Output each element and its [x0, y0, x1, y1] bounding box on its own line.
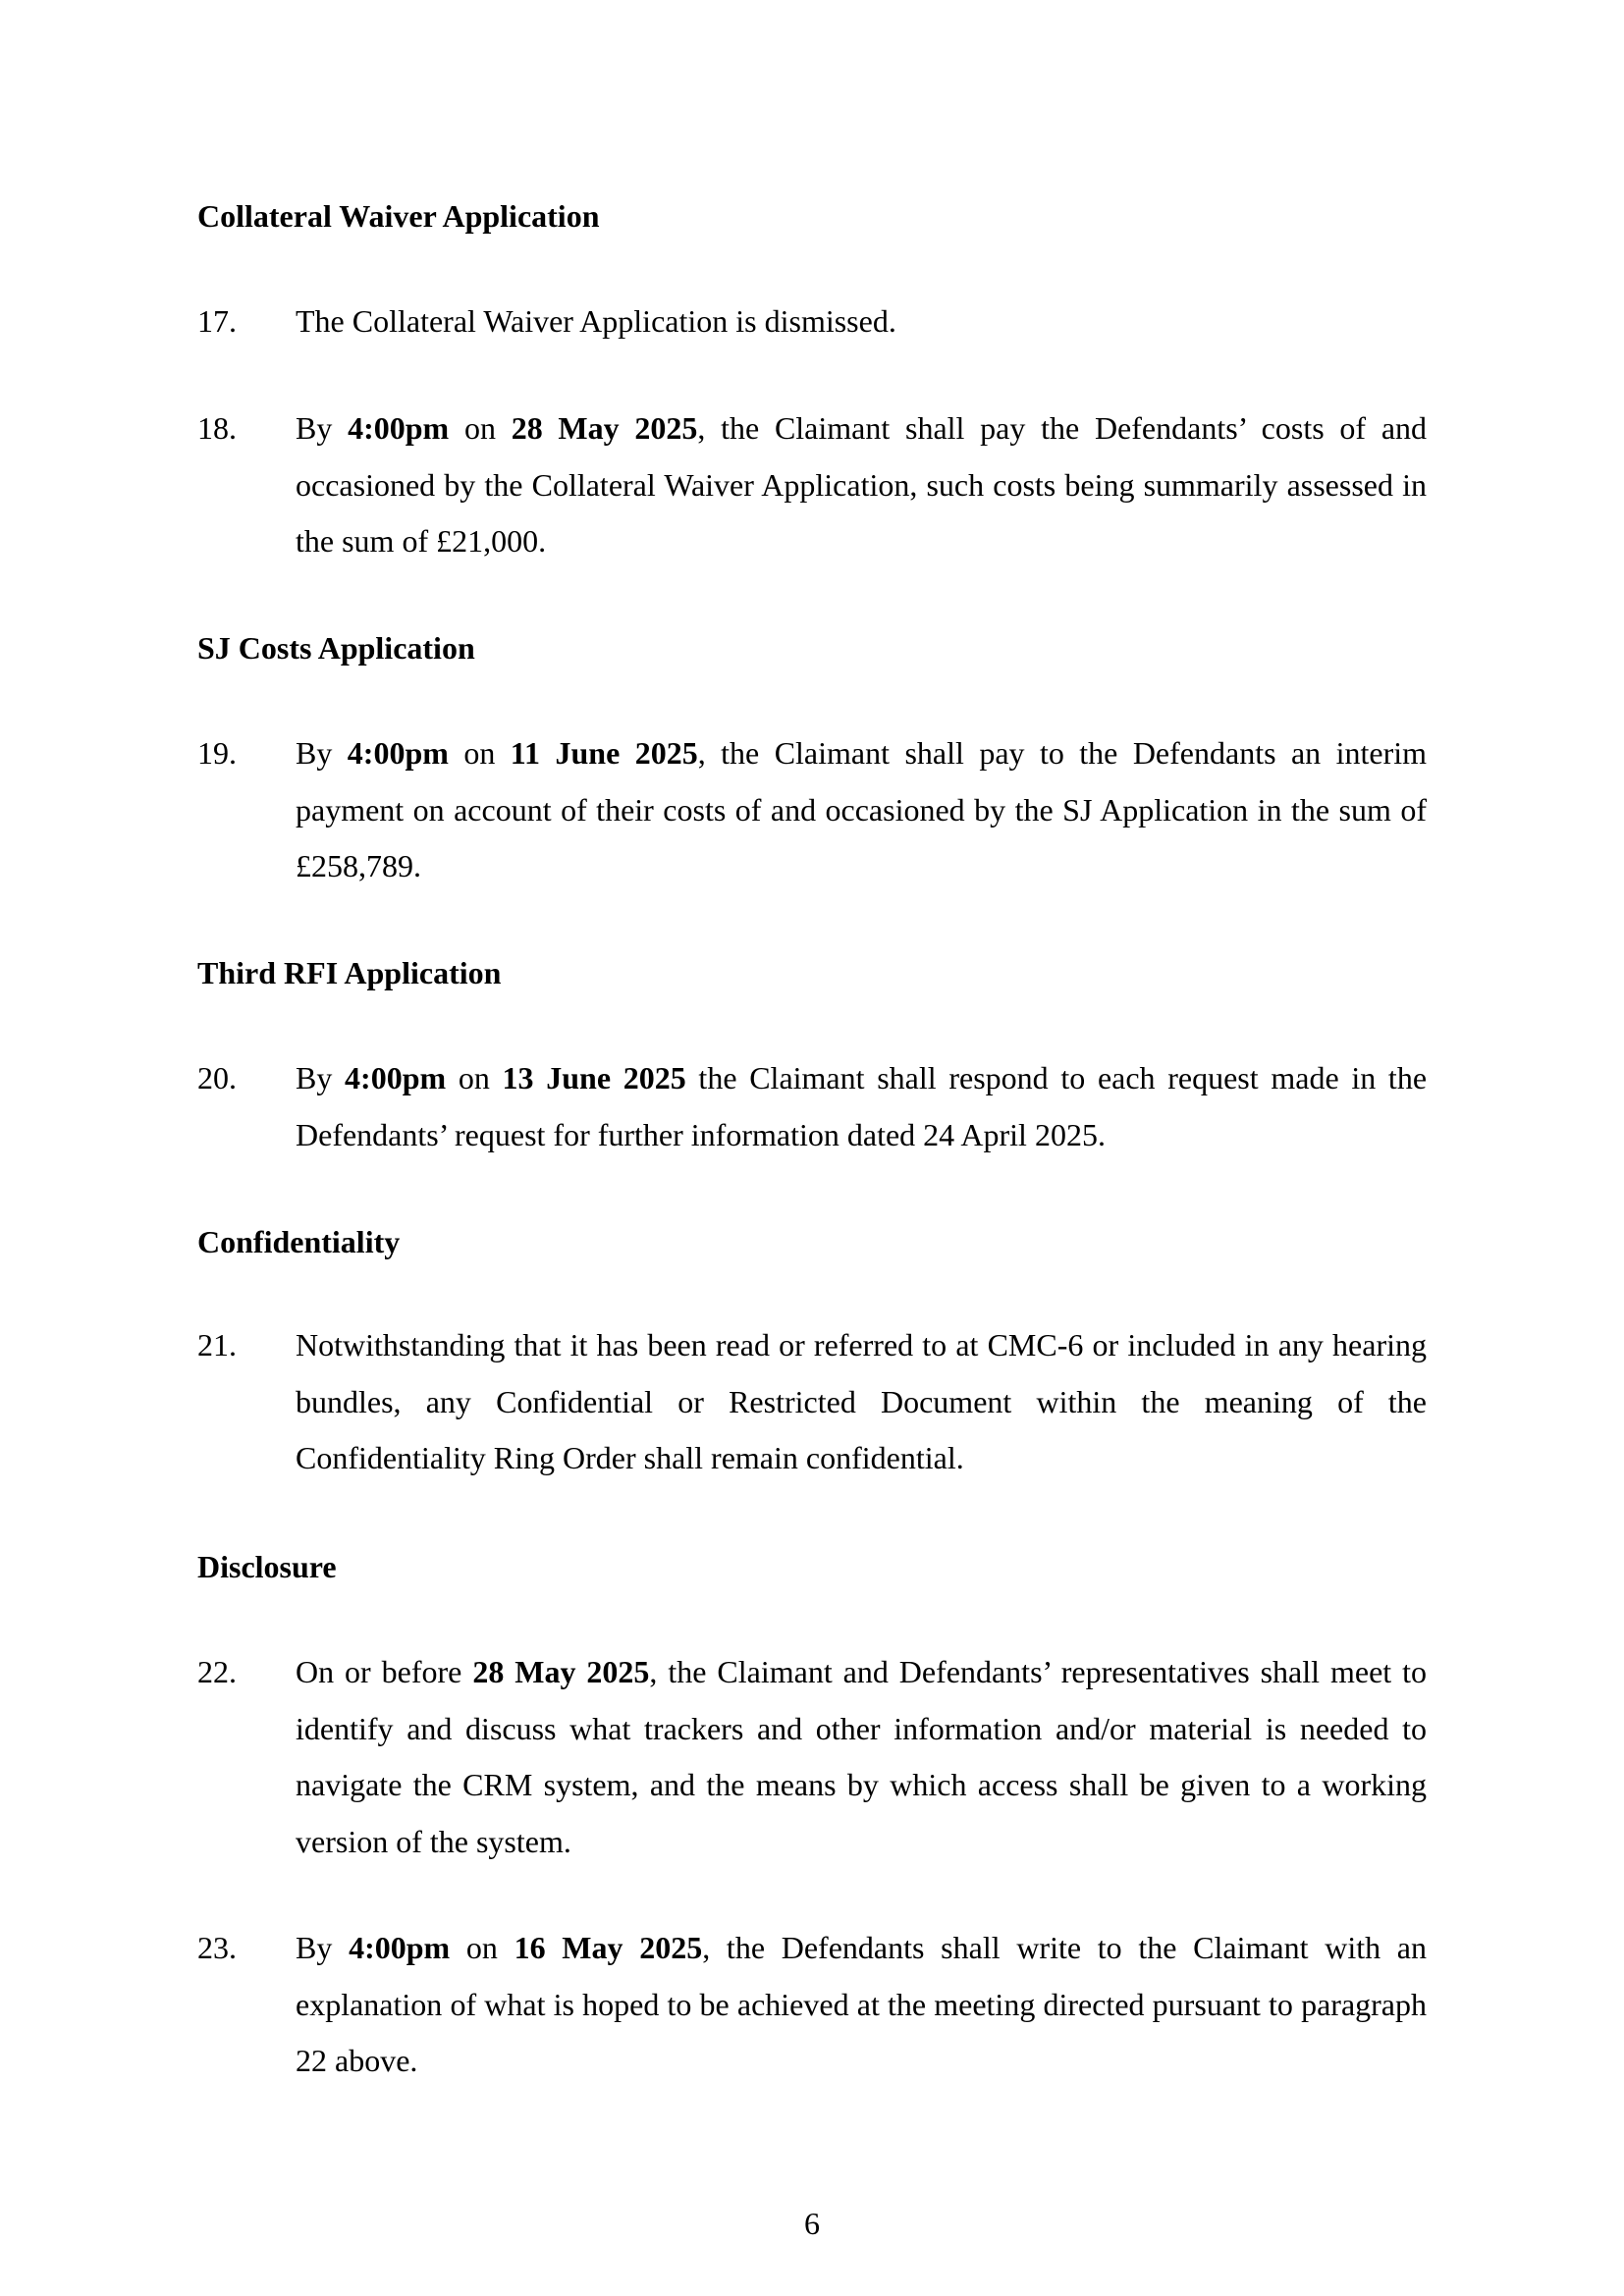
- paragraph-23: 23. By 4:00pm on 16 May 2025, the Defend…: [197, 1920, 1427, 2090]
- text-run: The Collateral Waiver Application is dis…: [296, 303, 896, 339]
- paragraph-17: 17. The Collateral Waiver Application is…: [197, 294, 1427, 350]
- bold-text-run: 4:00pm: [348, 410, 449, 446]
- paragraph-19: 19. By 4:00pm on 11 June 2025, the Claim…: [197, 725, 1427, 895]
- bold-text-run: 4:00pm: [345, 1060, 446, 1095]
- text-run: By: [296, 1060, 345, 1095]
- section-heading-third-rfi: Third RFI Application: [197, 953, 501, 992]
- text-run: on: [449, 410, 511, 446]
- bold-text-run: 11 June 2025: [511, 735, 698, 771]
- paragraph-18: 18. By 4:00pm on 28 May 2025, the Claima…: [197, 400, 1427, 570]
- paragraph-22: 22. On or before 28 May 2025, the Claima…: [197, 1644, 1427, 1870]
- bold-text-run: 4:00pm: [349, 1930, 450, 1965]
- paragraph-number: 21.: [197, 1317, 237, 1374]
- section-heading-sj-costs: SJ Costs Application: [197, 628, 475, 667]
- paragraph-text: The Collateral Waiver Application is dis…: [296, 294, 1427, 350]
- text-run: on: [449, 735, 511, 771]
- paragraph-number: 20.: [197, 1050, 237, 1107]
- section-heading-confidentiality: Confidentiality: [197, 1222, 400, 1261]
- bold-text-run: 28 May 2025: [512, 410, 698, 446]
- section-heading-disclosure: Disclosure: [197, 1547, 337, 1586]
- paragraph-number: 19.: [197, 725, 237, 782]
- text-run: on: [446, 1060, 502, 1095]
- bold-text-run: 16 May 2025: [514, 1930, 703, 1965]
- paragraph-21: 21. Notwithstanding that it has been rea…: [197, 1317, 1427, 1487]
- paragraph-text: On or before 28 May 2025, the Claimant a…: [296, 1644, 1427, 1870]
- bold-text-run: 4:00pm: [348, 735, 449, 771]
- text-run: By: [296, 735, 348, 771]
- text-run: on: [450, 1930, 514, 1965]
- paragraph-text: Notwithstanding that it has been read or…: [296, 1317, 1427, 1487]
- page-number: 6: [0, 2204, 1624, 2243]
- text-run: Notwithstanding that it has been read or…: [296, 1327, 1427, 1475]
- paragraph-number: 22.: [197, 1644, 237, 1701]
- text-run: By: [296, 410, 348, 446]
- paragraph-text: By 4:00pm on 11 June 2025, the Claimant …: [296, 725, 1427, 895]
- paragraph-number: 17.: [197, 294, 237, 350]
- bold-text-run: 28 May 2025: [472, 1654, 649, 1689]
- bold-text-run: 13 June 2025: [503, 1060, 686, 1095]
- text-run: On or before: [296, 1654, 472, 1689]
- paragraph-text: By 4:00pm on 13 June 2025 the Claimant s…: [296, 1050, 1427, 1163]
- paragraph-number: 23.: [197, 1920, 237, 1977]
- text-run: By: [296, 1930, 349, 1965]
- paragraph-text: By 4:00pm on 28 May 2025, the Claimant s…: [296, 400, 1427, 570]
- paragraph-20: 20. By 4:00pm on 13 June 2025 the Claima…: [197, 1050, 1427, 1163]
- paragraph-number: 18.: [197, 400, 237, 457]
- paragraph-text: By 4:00pm on 16 May 2025, the Defendants…: [296, 1920, 1427, 2090]
- section-heading-collateral-waiver: Collateral Waiver Application: [197, 196, 599, 236]
